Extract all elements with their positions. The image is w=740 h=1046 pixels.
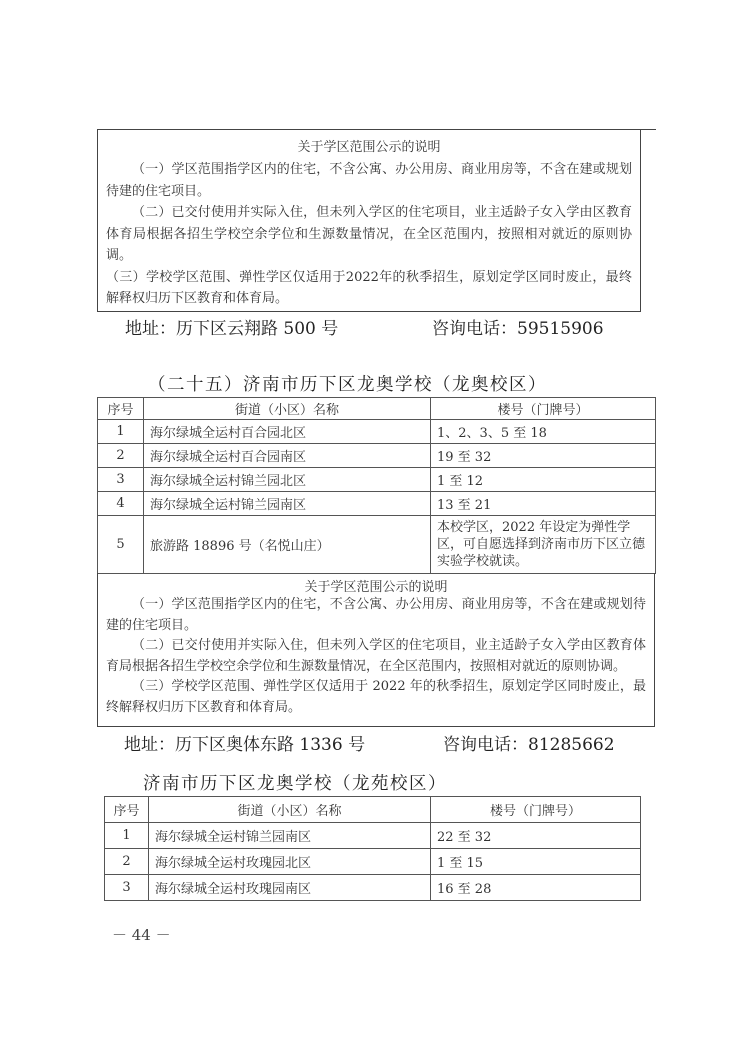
row-no: 1 [98,420,144,444]
row-name: 海尔绿城全运村锦兰园南区 [149,823,431,849]
row-name: 海尔绿城全运村锦兰园北区 [144,468,431,492]
row-no: 3 [105,875,149,901]
row-no: 1 [105,823,149,849]
row-building: 13 至 21 [431,492,656,516]
row-no: 4 [98,492,144,516]
header-building: 楼号（门牌号） [431,398,656,420]
section-title-longyuan: 济南市历下区龙奥学校（龙苑校区） [143,770,447,795]
header-name: 街道（小区）名称 [149,797,431,823]
row-no: 5 [98,516,144,574]
section-title-25: （二十五）济南市历下区龙奥学校（龙奥校区） [148,371,547,396]
row-name: 海尔绿城全运村百合园北区 [144,420,431,444]
row-building: 本校学区，2022 年设定为弹性学区，可自愿选择到济南市历下区立德实验学校就读。 [431,516,656,574]
school-district-table-longyuan: 序号 街道（小区）名称 楼号（门牌号） 1 海尔绿城全运村锦兰园南区 22 至 … [104,796,641,901]
page-number: － 44 － [112,924,171,945]
table-row: 1 海尔绿城全运村锦兰园南区 22 至 32 [105,823,641,849]
row-no: 2 [105,849,149,875]
table-header-row: 序号 街道（小区）名称 楼号（门牌号） [105,797,641,823]
table-row: 2 海尔绿城全运村百合园南区 19 至 32 [98,444,656,468]
top-rule-extension [640,129,656,130]
note-item-1: （一）学区范围指学区内的住宅，不含公寓、办公用房、商业用房等，不含在建或规划待建… [106,159,632,202]
row-building: 16 至 28 [431,875,641,901]
note-item-1: （一）学区范围指学区内的住宅，不含公寓、办公用房、商业用房等，不含在建或规划待建… [106,595,646,636]
row-name: 海尔绿城全运村玫瑰园北区 [149,849,431,875]
row-building: 1 至 12 [431,468,656,492]
row-building: 1、2、3、5 至 18 [431,420,656,444]
row-name: 海尔绿城全运村锦兰园南区 [144,492,431,516]
note-item-3: （三）学校学区范围、弹性学区仅适用于2022年的秋季招生，原划定学区同时废止，最… [106,267,632,310]
header-name: 街道（小区）名称 [144,398,431,420]
note-item-2: （二）已交付使用并实际入住，但未列入学区的住宅项目，业主适龄子女入学由区教育体育… [106,636,646,677]
note-box-1: 关于学区范围公示的说明 （一）学区范围指学区内的住宅，不含公寓、办公用房、商业用… [97,129,641,312]
phone-2: 咨询电话：81285662 [443,730,615,755]
header-no: 序号 [98,398,144,420]
note-item-2: （二）已交付使用并实际入住，但未列入学区的住宅项目，业主适龄子女入学由区教育体育… [106,202,632,267]
address-2: 地址：历下区奥体东路 1336 号 [124,730,365,755]
phone-1: 咨询电话：59515906 [432,314,604,339]
note-title: 关于学区范围公示的说明 [106,136,632,155]
note-box-2: 关于学区范围公示的说明 （一）学区范围指学区内的住宅，不含公寓、办公用房、商业用… [97,573,655,727]
row-name: 旅游路 18896 号（名悦山庄） [144,516,431,574]
table-header-row: 序号 街道（小区）名称 楼号（门牌号） [98,398,656,420]
note-item-3: （三）学校学区范围、弹性学区仅适用于 2022 年的秋季招生，原划定学区同时废止… [106,677,646,718]
school-district-table-longao: 序号 街道（小区）名称 楼号（门牌号） 1 海尔绿城全运村百合园北区 1、2、3… [97,397,656,574]
row-name: 海尔绿城全运村百合园南区 [144,444,431,468]
row-name: 海尔绿城全运村玫瑰园南区 [149,875,431,901]
table-row: 3 海尔绿城全运村锦兰园北区 1 至 12 [98,468,656,492]
header-building: 楼号（门牌号） [431,797,641,823]
note-title: 关于学区范围公示的说明 [106,576,646,595]
row-building: 19 至 32 [431,444,656,468]
row-no: 3 [98,468,144,492]
address-1: 地址：历下区云翔路 500 号 [125,314,338,339]
table-row: 1 海尔绿城全运村百合园北区 1、2、3、5 至 18 [98,420,656,444]
row-building: 22 至 32 [431,823,641,849]
table-row: 2 海尔绿城全运村玫瑰园北区 1 至 15 [105,849,641,875]
row-no: 2 [98,444,144,468]
table-row: 5 旅游路 18896 号（名悦山庄） 本校学区，2022 年设定为弹性学区，可… [98,516,656,574]
table-row: 3 海尔绿城全运村玫瑰园南区 16 至 28 [105,875,641,901]
row-building: 1 至 15 [431,849,641,875]
header-no: 序号 [105,797,149,823]
table-row: 4 海尔绿城全运村锦兰园南区 13 至 21 [98,492,656,516]
